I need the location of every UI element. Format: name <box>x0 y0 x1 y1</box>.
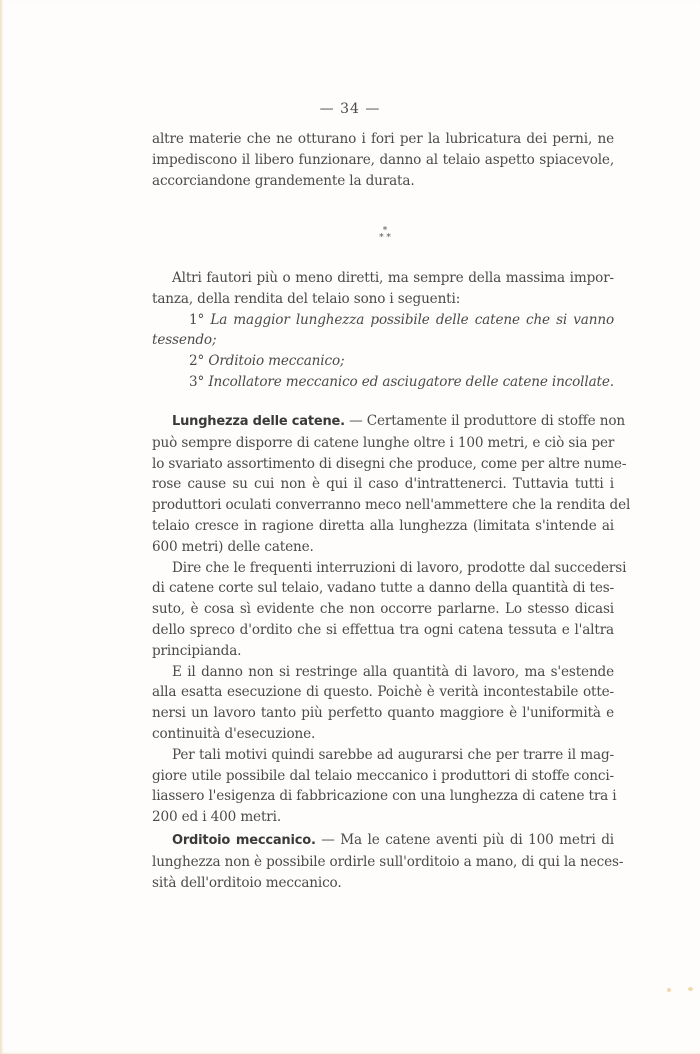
text-line: tanza, della rendita del telaio sono i s… <box>152 289 614 310</box>
text-line: può sempre disporre di catene lunghe olt… <box>152 433 614 454</box>
em-dash: — <box>345 413 367 429</box>
list-number: 3° <box>189 374 204 390</box>
section-lunghezza: Lunghezza delle catene. — Certamente il … <box>152 411 614 828</box>
factors-section: Altri fautori più o meno diretti, ma sem… <box>152 268 614 393</box>
intro-paragraph: altre materie che ne otturano i fori per… <box>152 129 614 191</box>
section-orditoio: Orditoio meccanico. — Ma le catene avent… <box>152 830 614 893</box>
text-line: Altri fautori più o meno diretti, ma sem… <box>152 268 614 289</box>
text-line: di catene corte sul telaio, vadano tutte… <box>152 578 614 599</box>
foxing-spot <box>688 987 693 991</box>
text-line: suto, è cosa sì evidente che non occorre… <box>152 599 614 620</box>
text-line: continuità d'esecuzione. <box>152 724 614 745</box>
text-line: altre materie che ne otturano i fori per… <box>152 129 614 150</box>
text-line: Per tali motivi quindi sarebbe ad augura… <box>152 745 614 766</box>
list-item-2: 2° Orditoio meccanico; <box>152 351 614 372</box>
text-line: alla esatta esecuzione di questo. Poichè… <box>152 682 614 703</box>
page-number: — 34 — <box>0 101 700 117</box>
text-line: nersi un lavoro tanto più perfetto quant… <box>152 703 614 724</box>
section-heading: Lunghezza delle catene. <box>172 414 345 429</box>
text-line: impediscono il libero funzionare, danno … <box>152 150 614 171</box>
text-line: lunghezza non è possibile ordirle sull'o… <box>152 852 614 873</box>
text-run: Certamente il produttore di stoffe non <box>367 413 625 429</box>
text-line: telaio cresce in ragione diretta alla lu… <box>152 516 614 537</box>
list-item-3: 3° Incollatore meccanico ed asciugatore … <box>152 372 614 393</box>
foxing-spot <box>667 988 671 992</box>
text-line: accorciandone grandemente la durata. <box>152 171 614 192</box>
text-line: 600 metri) delle catene. <box>152 537 614 558</box>
list-text: Incollatore meccanico ed asciugatore del… <box>208 374 614 390</box>
text-line: Dire che le frequenti interruzioni di la… <box>152 558 614 579</box>
list-item-1: 1° La maggior lunghezza possibile delle … <box>152 310 614 331</box>
text-run: Ma le catene aventi più di 100 metri di <box>340 832 614 848</box>
section-heading: Orditoio meccanico. <box>172 833 316 848</box>
text-line: E il danno non si restringe alla quantit… <box>152 662 614 683</box>
text-line: principianda. <box>152 641 614 662</box>
asterism-ornament: ** * <box>370 228 400 242</box>
text-line: Lunghezza delle catene. — Certamente il … <box>152 411 614 433</box>
list-number: 2° <box>189 353 204 369</box>
em-dash: — <box>316 832 341 848</box>
text-line: Orditoio meccanico. — Ma le catene avent… <box>152 830 614 852</box>
text-line: giore utile possibile dal telaio meccani… <box>152 766 614 787</box>
list-text: Orditoio meccanico; <box>208 353 344 369</box>
list-text: La maggior lunghezza possibile delle cat… <box>210 312 614 328</box>
text-line: 200 ed i 400 metri. <box>152 807 614 828</box>
text-line: liassero l'esigenza di fabbricazione con… <box>152 786 614 807</box>
text-line: dello spreco d'ordito che si effettua tr… <box>152 620 614 641</box>
list-number: 1° <box>189 312 204 328</box>
text-line: lo svariato assortimento di disegni che … <box>152 454 614 475</box>
text-line: rose cause su cui non è qui il caso d'in… <box>152 474 614 495</box>
scanned-page: — 34 — altre materie che ne otturano i f… <box>0 0 700 1054</box>
text-line: produttori oculati converranno meco nell… <box>152 495 614 516</box>
list-item-1-continuation: tessendo; <box>152 330 614 351</box>
text-line: sità dell'orditoio meccanico. <box>152 873 614 894</box>
